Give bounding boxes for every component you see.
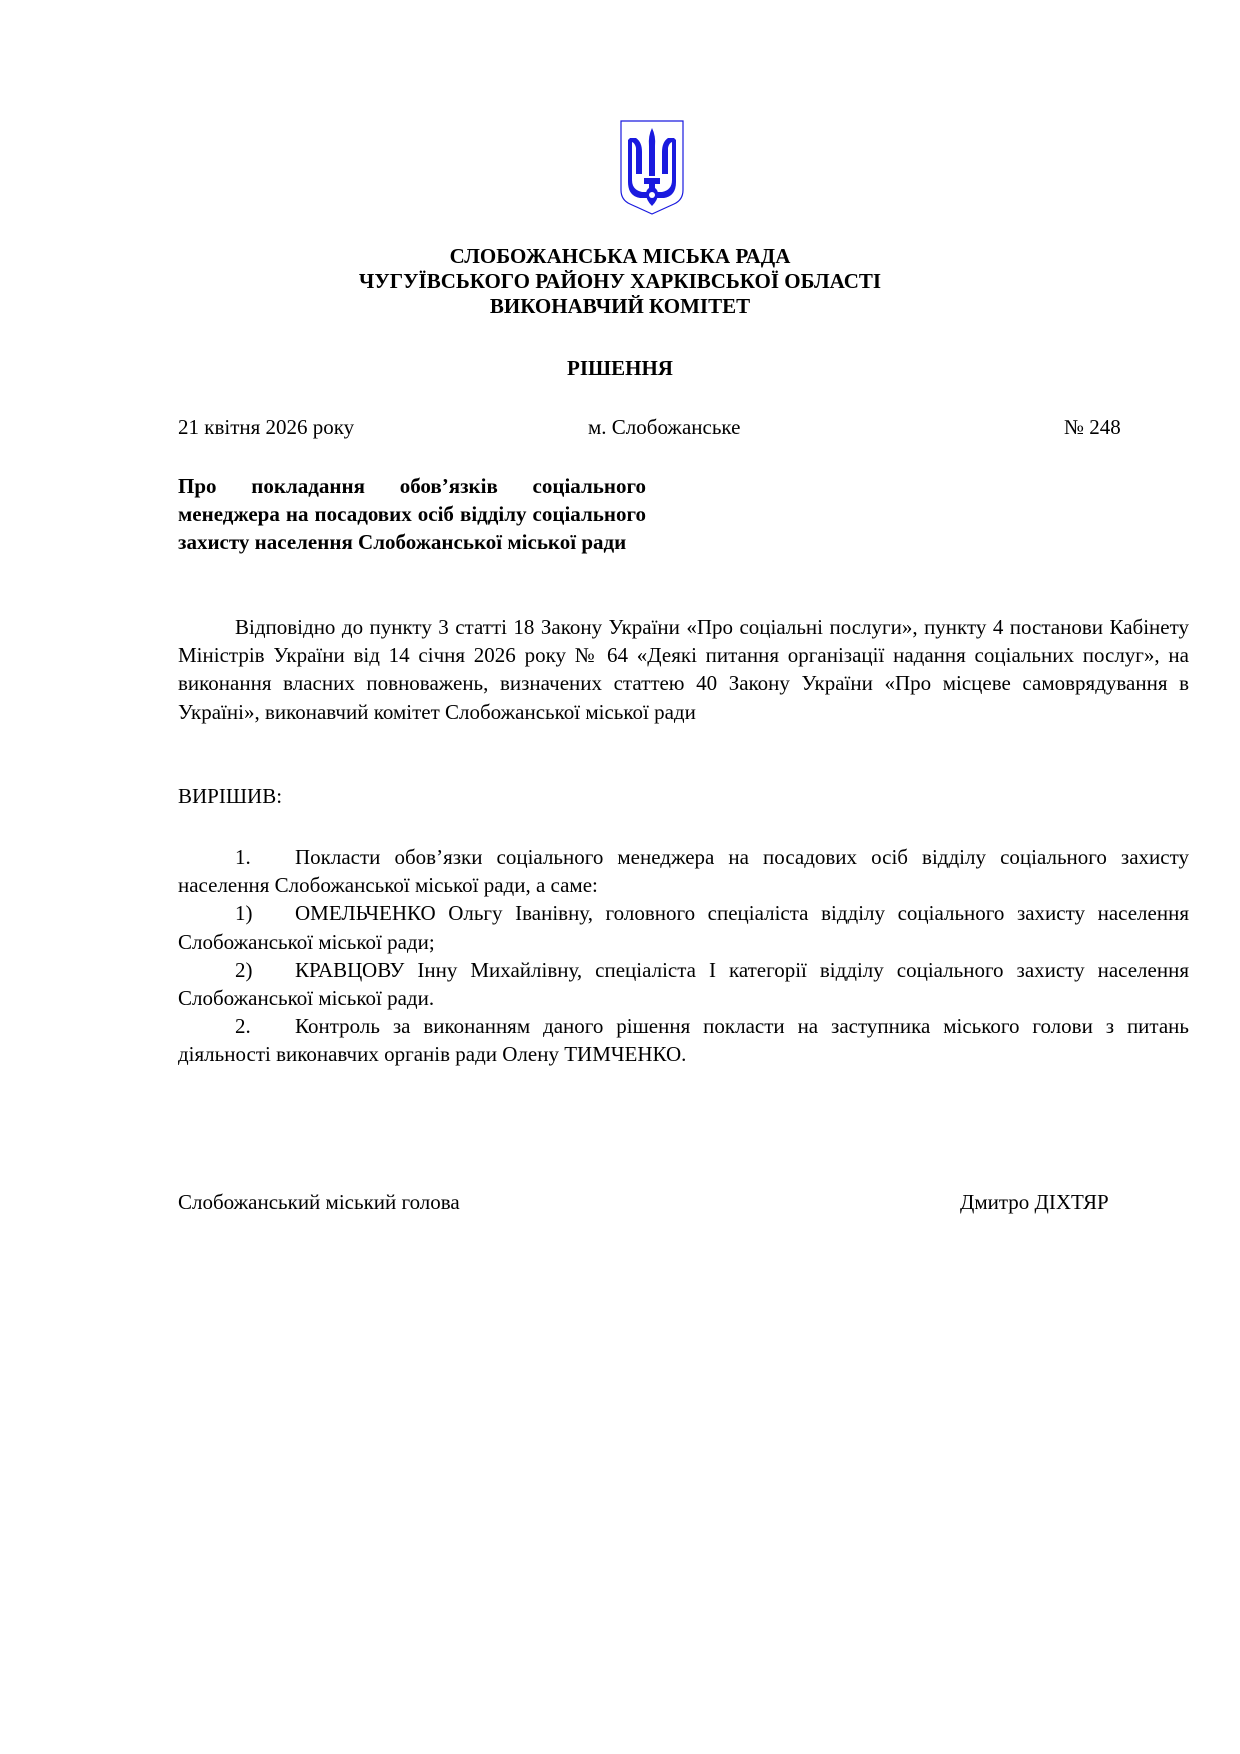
trident-coat-of-arms-icon	[618, 118, 686, 216]
signatory-name: Дмитро ДІХТЯР	[960, 1190, 1109, 1215]
issuer-line-2: ЧУГУЇВСЬКОГО РАЙОНУ ХАРКІВСЬКОЇ ОБЛАСТІ	[0, 269, 1240, 294]
issuer-line-3: ВИКОНАВЧИЙ КОМІТЕТ	[0, 294, 1240, 319]
document-date: 21 квітня 2026 року	[178, 414, 354, 440]
issuer-header: СЛОБОЖАНСЬКА МІСЬКА РАДА ЧУГУЇВСЬКОГО РА…	[0, 244, 1240, 319]
document-place: м. Слобожанське	[588, 414, 740, 440]
item-number: 1.	[235, 843, 295, 871]
document-subject: Про покладання обов’язків соціального ме…	[178, 472, 646, 556]
resolution-subitem: 1)ОМЕЛЬЧЕНКО Ольгу Іванівну, головного с…	[178, 899, 1189, 955]
item-number: 2)	[235, 956, 295, 984]
item-text: Контроль за виконанням даного рішення по…	[178, 1014, 1189, 1066]
item-number: 1)	[235, 899, 295, 927]
item-text: КРАВЦОВУ Інну Михайлівну, спеціаліста І …	[178, 958, 1189, 1010]
item-text: Покласти обов’язки соціального менеджера…	[178, 845, 1189, 897]
resolution-items: 1.Покласти обов’язки соціального менедже…	[178, 843, 1189, 1069]
item-number: 2.	[235, 1012, 295, 1040]
decided-label: ВИРІШИВ:	[178, 784, 282, 809]
item-text: ОМЕЛЬЧЕНКО Ольгу Іванівну, головного спе…	[178, 901, 1189, 953]
document-type-title: РІШЕННЯ	[0, 356, 1240, 381]
resolution-item: 1.Покласти обов’язки соціального менедже…	[178, 843, 1189, 899]
resolution-item: 2.Контроль за виконанням даного рішення …	[178, 1012, 1189, 1068]
document-page: СЛОБОЖАНСЬКА МІСЬКА РАДА ЧУГУЇВСЬКОГО РА…	[0, 0, 1240, 1754]
document-number: № 248	[1064, 414, 1121, 440]
issuer-line-1: СЛОБОЖАНСЬКА МІСЬКА РАДА	[0, 244, 1240, 269]
resolution-subitem: 2)КРАВЦОВУ Інну Михайлівну, спеціаліста …	[178, 956, 1189, 1012]
preamble-paragraph: Відповідно до пункту 3 статті 18 Закону …	[178, 613, 1189, 726]
signatory-title: Слобожанський міський голова	[178, 1190, 460, 1215]
